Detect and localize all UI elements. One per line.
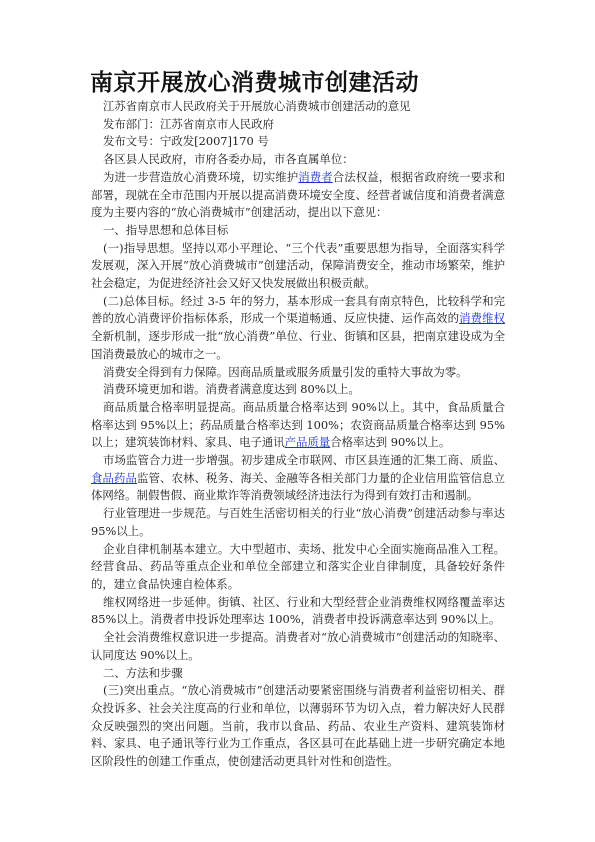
paragraph-network: 维权网络进一步延伸。街镇、社区、行业和大型经营企业消费维权网络覆盖率达 85%以…	[91, 594, 505, 629]
document-page: 南京开展放心消费城市创建活动 江苏省南京市人民政府关于开展放心消费城市创建活动的…	[91, 68, 505, 771]
paragraph-awareness: 全社会消费维权意识进一步提高。消费者对“放心消费城市”创建活动的知晓率、认同度达…	[91, 629, 505, 664]
doc-subtitle: 江苏省南京市人民政府关于开展放心消费城市创建活动的意见	[91, 98, 505, 116]
link-consumer[interactable]: 消费者	[298, 170, 332, 184]
text-span: 监管、农林、税务、海关、金融等各相关部门力量的企业信用监管信息立体网络。制假售假…	[91, 471, 505, 503]
paragraph-focus: (三)突出重点。“放心消费城市”创建活动要紧密围绕与消费者利益密切相关、群众投诉…	[91, 682, 505, 771]
paragraph-safety: 消费安全得到有力保障。因商品质量或服务质量引发的重特大事故为零。	[91, 364, 505, 382]
paragraph-supervision: 市场监管合力进一步增强。初步建成全市联网、市区县连通的汇集工商、质监、食品药品监…	[91, 452, 505, 505]
text-span: 市场监管合力进一步增强。初步建成全市联网、市区县连通的汇集工商、质监、	[103, 453, 505, 467]
text-span: 合格率达到 90%以上。	[330, 435, 450, 449]
paragraph-guiding-ideology: (一)指导思想。坚持以邓小平理论、“三个代表”重要思想为指导，全面落实科学发展观…	[91, 240, 505, 293]
intro-paragraph: 为进一步营造放心消费环境，切实维护消费者合法权益，根据省政府统一要求和部署，现就…	[91, 169, 505, 222]
document-number: 发布文号：宁政发[2007]170 号	[91, 133, 505, 151]
paragraph-self-discipline: 企业自律机制基本建立。大中型超市、卖场、批发中心全面实施商品准入工程。经营食品、…	[91, 541, 505, 594]
link-product-quality[interactable]: 产品质量	[285, 435, 331, 449]
text-span: 全新机制，逐步形成一批“放心消费”单位、行业、街镇和区县，把南京建设成为全国消费…	[91, 329, 505, 361]
paragraph-quality: 商品质量合格率明显提高。商品质量合格率达到 90%以上。其中，食品质量合格率达到…	[91, 399, 505, 452]
link-food-drug[interactable]: 食品药品	[91, 471, 137, 485]
paragraph-environment: 消费环境更加和谐。消费者满意度达到 80%以上。	[91, 381, 505, 399]
paragraph-industry: 行业管理进一步规范。与百姓生活密切相关的行业“放心消费”创建活动参与率达 95%…	[91, 505, 505, 540]
link-consumer-rights[interactable]: 消费维权	[459, 311, 505, 325]
text-span: (二)总体目标。经过 3-5 年的努力，基本形成一套具有南京特色，比较科学和完善…	[91, 294, 505, 326]
issuing-department: 发布部门：江苏省南京市人民政府	[91, 116, 505, 134]
section-heading-2: 二、方法和步骤	[91, 665, 505, 683]
paragraph-overall-goal: (二)总体目标。经过 3-5 年的努力，基本形成一套具有南京特色，比较科学和完善…	[91, 293, 505, 364]
text-span: 为进一步营造放心消费环境，切实维护	[103, 170, 298, 184]
section-heading-1: 一、指导思想和总体目标	[91, 222, 505, 240]
addressees: 各区县人民政府，市府各委办局，市各直属单位：	[91, 151, 505, 169]
document-title: 南京开展放心消费城市创建活动	[90, 68, 505, 98]
